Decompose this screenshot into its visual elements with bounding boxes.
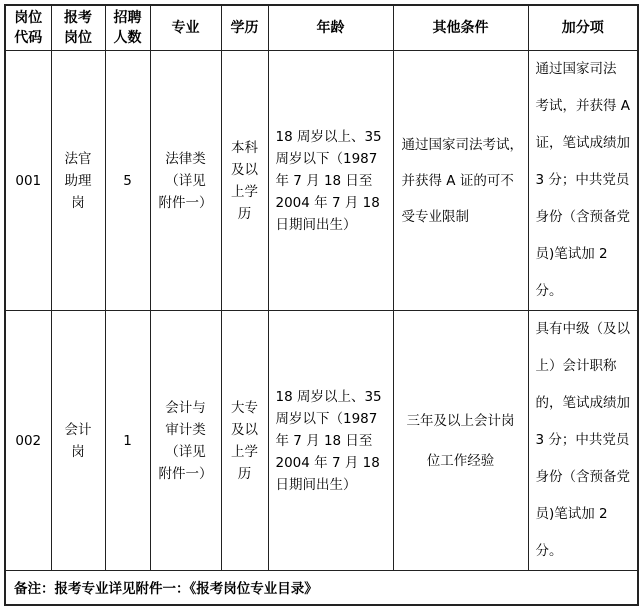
cell-education: 本科 及以 上学 历: [221, 51, 268, 311]
cell-hire-count: 1: [105, 311, 150, 571]
cell-position-code: 002: [5, 311, 51, 571]
cell-major: 会计与 审计类 （详见 附件一）: [150, 311, 221, 571]
note-row: 备注：报考专业详见附件一：《报考岗位专业目录》: [5, 571, 638, 605]
cell-hire-count: 5: [105, 51, 150, 311]
cell-other-conditions: 三年及以上会计岗 位工作经验: [393, 311, 528, 571]
header-row: 岗位 代码 报考 岗位 招聘 人数 专业 学历 年龄 其他条件 加分项: [5, 5, 638, 51]
header-position-name: 报考 岗位: [51, 5, 105, 51]
note-text: 备注：报考专业详见附件一：《报考岗位专业目录》: [5, 571, 638, 605]
header-hire-count: 招聘 人数: [105, 5, 150, 51]
table-row-002: 002 会计 岗 1 会计与 审计类 （详见 附件一） 大专 及以 上学 历 1…: [5, 311, 638, 571]
recruitment-table: 岗位 代码 报考 岗位 招聘 人数 专业 学历 年龄 其他条件 加分项 001 …: [4, 4, 639, 606]
header-major: 专业: [150, 5, 221, 51]
cell-age: 18 周岁以上、35 周岁以下（1987 年 7 月 18 日至 2004 年 …: [268, 51, 393, 311]
cell-bonus-points: 通过国家司法 考试，并获得 A 证，笔试成绩加 3 分；中共党员 身份（含预备党…: [528, 51, 638, 311]
cell-other-conditions: 通过国家司法考试， 并获得 A 证的可不 受专业限制: [393, 51, 528, 311]
cell-position-code: 001: [5, 51, 51, 311]
header-education: 学历: [221, 5, 268, 51]
header-position-code: 岗位 代码: [5, 5, 51, 51]
cell-age: 18 周岁以上、35 周岁以下（1987 年 7 月 18 日至 2004 年 …: [268, 311, 393, 571]
cell-position-name: 法官 助理 岗: [51, 51, 105, 311]
cell-major: 法律类 （详见 附件一）: [150, 51, 221, 311]
document-page: 岗位 代码 报考 岗位 招聘 人数 专业 学历 年龄 其他条件 加分项 001 …: [0, 0, 640, 538]
header-age: 年龄: [268, 5, 393, 51]
cell-bonus-points: 具有中级（及以 上）会计职称 的，笔试成绩加 3 分；中共党员 身份（含预备党 …: [528, 311, 638, 571]
header-bonus-points: 加分项: [528, 5, 638, 51]
header-other-conditions: 其他条件: [393, 5, 528, 51]
cell-education: 大专 及以 上学 历: [221, 311, 268, 571]
table-row-001: 001 法官 助理 岗 5 法律类 （详见 附件一） 本科 及以 上学 历 18…: [5, 51, 638, 311]
cell-position-name: 会计 岗: [51, 311, 105, 571]
